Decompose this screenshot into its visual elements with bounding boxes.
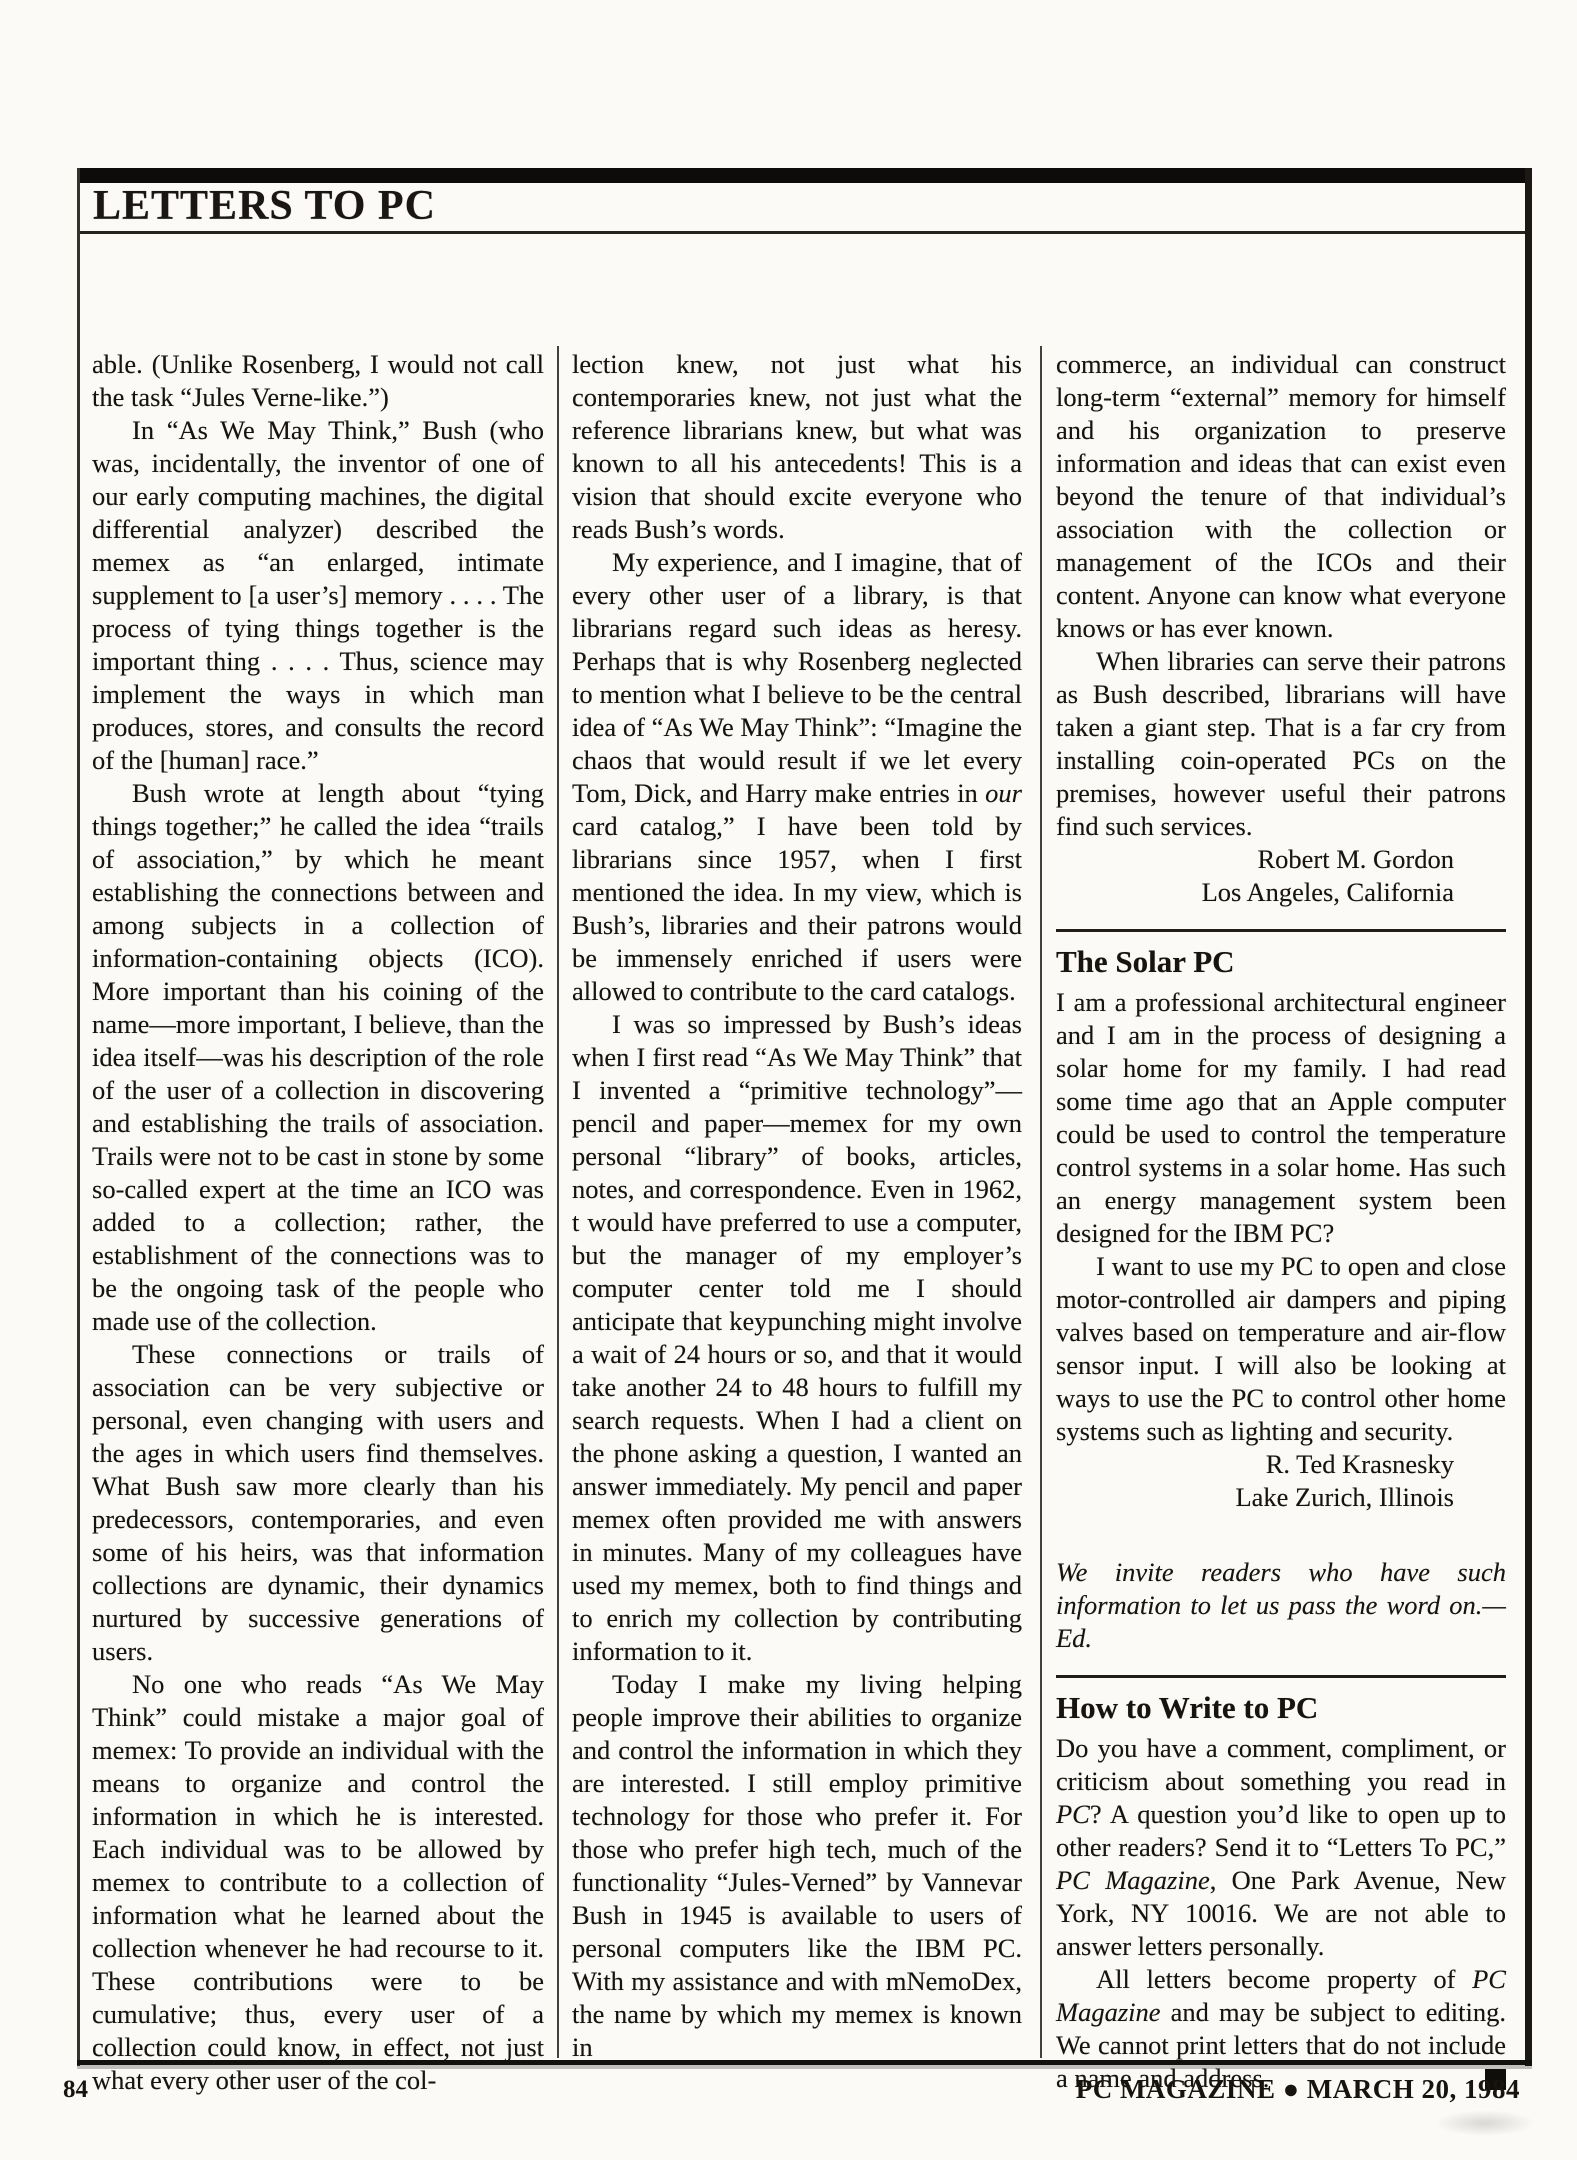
letter-heading: The Solar PC bbox=[1056, 944, 1506, 980]
magazine-page: LETTERS TO PC able. (Unlike Rosenberg, I… bbox=[0, 0, 1577, 2160]
paragraph: These connections or trails of associati… bbox=[92, 1338, 544, 1668]
signature-line: Robert M. Gordon bbox=[1056, 843, 1454, 876]
paragraph: I was so impressed by Bush’s ideas when … bbox=[572, 1008, 1022, 1668]
signature: Robert M. GordonLos Angeles, California bbox=[1056, 843, 1506, 909]
header-rule bbox=[77, 231, 1529, 234]
signature: R. Ted KrasneskyLake Zurich, Illinois bbox=[1056, 1448, 1506, 1514]
signature-line: Lake Zurich, Illinois bbox=[1056, 1481, 1454, 1514]
paragraph: commerce, an individual can construct lo… bbox=[1056, 348, 1506, 645]
paragraph: I want to use my PC to open and close mo… bbox=[1056, 1250, 1506, 1448]
footer-page-number: 84 bbox=[63, 2076, 88, 2104]
letter-heading: How to Write to PC bbox=[1056, 1690, 1506, 1726]
paragraph: Do you have a comment, compliment, or cr… bbox=[1056, 1732, 1506, 1963]
scan-smudge bbox=[1435, 2110, 1535, 2136]
page-right-border bbox=[1525, 168, 1532, 2066]
footer-magazine-line: PC MAGAZINE ● MARCH 20, 1984 bbox=[1076, 2074, 1520, 2105]
paragraph: No one who reads “As We May Think” could… bbox=[92, 1668, 544, 2097]
section-divider bbox=[1056, 1675, 1506, 1678]
text-column-3: commerce, an individual can construct lo… bbox=[1056, 348, 1506, 2095]
paragraph: In “As We May Think,” Bush (who was, inc… bbox=[92, 414, 544, 777]
text-column-1: able. (Unlike Rosenberg, I would not cal… bbox=[92, 348, 544, 2097]
text-column-2: lection knew, not just what his contempo… bbox=[572, 348, 1022, 2064]
page-title: LETTERS TO PC bbox=[93, 182, 993, 230]
paragraph: Bush wrote at length about “tying things… bbox=[92, 777, 544, 1338]
editor-note: We invite readers who have such informat… bbox=[1056, 1556, 1506, 1655]
signature-line: Los Angeles, California bbox=[1056, 876, 1454, 909]
top-rule-bar bbox=[77, 168, 1529, 183]
section-divider bbox=[1056, 929, 1506, 932]
paragraph: lection knew, not just what his contempo… bbox=[572, 348, 1022, 546]
column-divider-1 bbox=[557, 346, 559, 2058]
signature-line: R. Ted Krasnesky bbox=[1056, 1448, 1454, 1481]
paragraph: My experience, and I imagine, that of ev… bbox=[572, 546, 1022, 1008]
paragraph: I am a professional architectural engine… bbox=[1056, 986, 1506, 1250]
column-divider-2 bbox=[1040, 346, 1042, 2058]
paragraph: When libraries can serve their patrons a… bbox=[1056, 645, 1506, 843]
paragraph: able. (Unlike Rosenberg, I would not cal… bbox=[92, 348, 544, 414]
page-left-border bbox=[77, 168, 80, 2066]
paragraph: Today I make my living helping people im… bbox=[572, 1668, 1022, 2064]
